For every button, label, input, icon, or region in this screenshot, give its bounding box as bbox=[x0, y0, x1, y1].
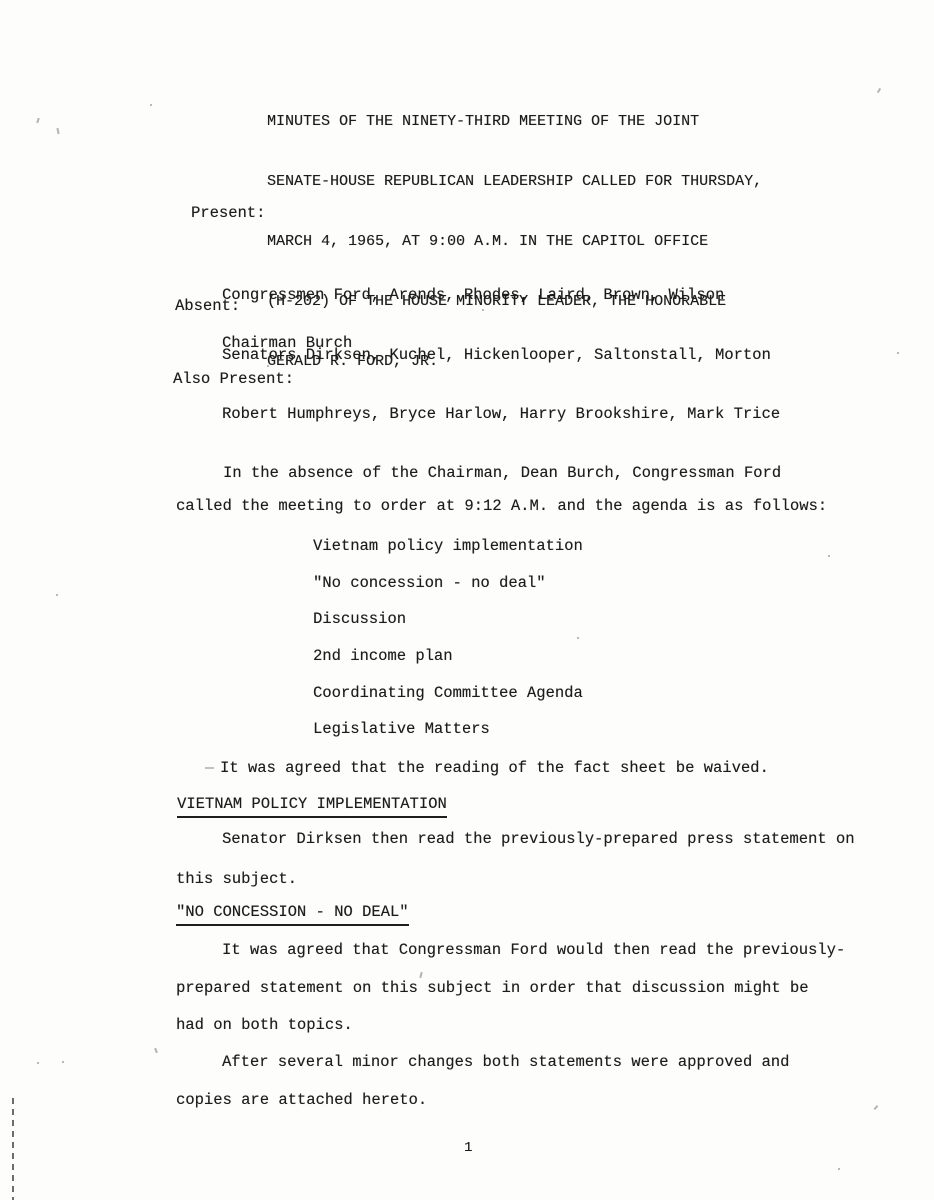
closing-paragraph-line: After several minor changes both stateme… bbox=[222, 1053, 789, 1072]
agenda-item: Vietnam policy implementation bbox=[313, 537, 583, 556]
no-concession-paragraph-line: prepared statement on this subject in or… bbox=[176, 979, 809, 998]
closing-paragraph-line: copies are attached hereto. bbox=[176, 1091, 427, 1110]
scan-artifact-edge-line bbox=[12, 1098, 14, 1200]
scan-artifact bbox=[897, 352, 899, 354]
title-line: MINUTES OF THE NINETY-THIRD MEETING OF T… bbox=[267, 112, 762, 132]
also-present-label: Also Present: bbox=[173, 370, 294, 389]
present-names: Congressmen Ford, Arends, Rhodes, Laird,… bbox=[222, 245, 771, 405]
scan-artifact bbox=[874, 1105, 879, 1110]
section-heading-vietnam: VIETNAM POLICY IMPLEMENTATION bbox=[177, 795, 447, 818]
scanned-document-page: MINUTES OF THE NINETY-THIRD MEETING OF T… bbox=[0, 0, 934, 1200]
vietnam-paragraph-line: Senator Dirksen then read the previously… bbox=[222, 830, 855, 849]
absent-line: Chairman Burch bbox=[222, 334, 352, 353]
fact-sheet-note: It was agreed that the reading of the fa… bbox=[220, 759, 769, 778]
scan-artifact bbox=[56, 594, 58, 596]
scan-artifact bbox=[828, 555, 830, 557]
scan-artifact bbox=[577, 637, 579, 639]
agenda-item: "No concession - no deal" bbox=[313, 574, 546, 593]
scan-artifact bbox=[267, 365, 269, 367]
no-concession-paragraph-line: It was agreed that Congressman Ford woul… bbox=[222, 941, 845, 960]
vietnam-paragraph-line: this subject. bbox=[176, 870, 297, 889]
agenda-item: Legislative Matters bbox=[313, 720, 490, 739]
also-present-line: Robert Humphreys, Bryce Harlow, Harry Br… bbox=[222, 405, 780, 424]
scan-artifact bbox=[37, 1062, 39, 1064]
present-line: Congressmen Ford, Arends, Rhodes, Laird,… bbox=[222, 285, 771, 305]
scan-artifact bbox=[56, 128, 59, 134]
present-label: Present: bbox=[191, 204, 265, 223]
absent-label: Absent: bbox=[175, 297, 240, 316]
opening-paragraph-line: called the meeting to order at 9:12 A.M.… bbox=[176, 497, 827, 516]
scan-artifact bbox=[482, 309, 484, 311]
scan-artifact bbox=[36, 118, 40, 123]
section-heading-no-concession: "NO CONCESSION - NO DEAL" bbox=[176, 903, 409, 926]
agenda-item: 2nd income plan bbox=[313, 647, 453, 666]
title-line: SENATE-HOUSE REPUBLICAN LEADERSHIP CALLE… bbox=[267, 172, 762, 192]
agenda-item: Discussion bbox=[313, 610, 406, 629]
scan-artifact bbox=[838, 1168, 840, 1170]
opening-paragraph-line: In the absence of the Chairman, Dean Bur… bbox=[223, 464, 781, 483]
page-number: 1 bbox=[464, 1140, 472, 1156]
scan-artifact bbox=[62, 1061, 64, 1063]
scan-artifact bbox=[154, 1048, 158, 1053]
scan-artifact bbox=[150, 104, 152, 106]
no-concession-paragraph-line: had on both topics. bbox=[176, 1016, 353, 1035]
scan-artifact bbox=[419, 972, 422, 978]
scan-artifact bbox=[205, 767, 214, 769]
agenda-item: Coordinating Committee Agenda bbox=[313, 684, 583, 703]
scan-artifact bbox=[877, 88, 881, 93]
